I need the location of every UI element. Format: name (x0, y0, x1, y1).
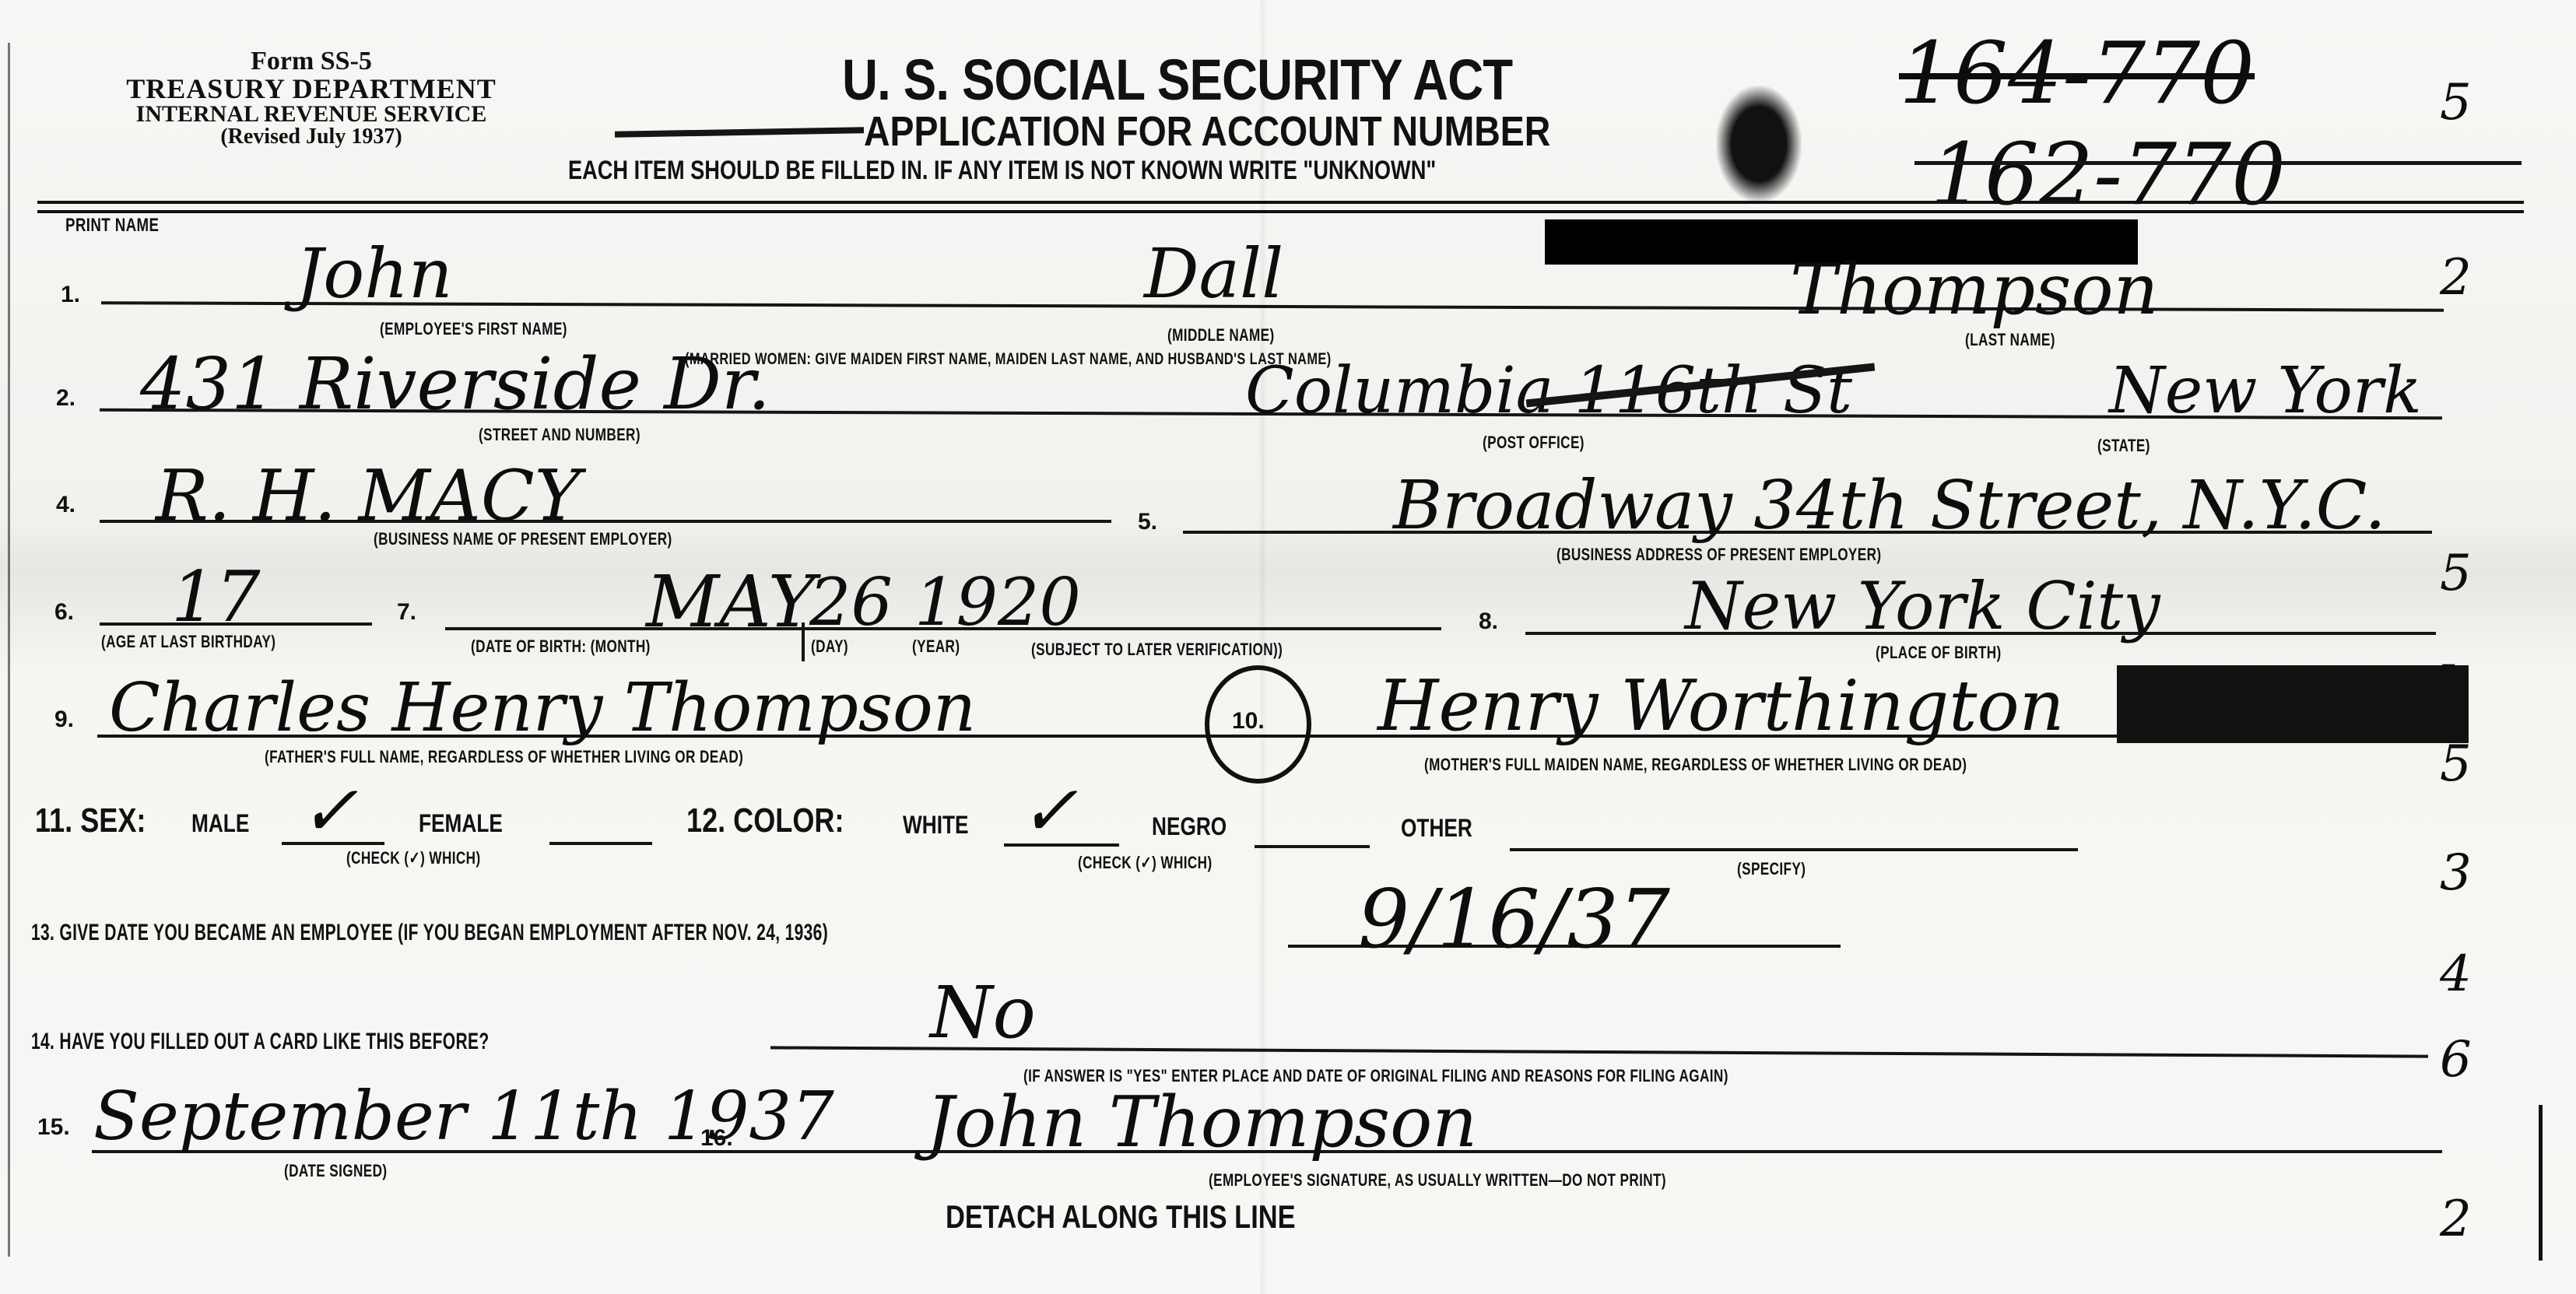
account-number-strike (1914, 161, 2522, 165)
employer-caption: (BUSINESS NAME OF PRESENT EMPLOYER) (374, 529, 672, 549)
mother-name-value[interactable]: Henry Worthington (1377, 665, 2065, 747)
mother-name-struck: Thompson (2117, 665, 2469, 743)
prior-card-value[interactable]: No (930, 971, 1036, 1054)
place-of-birth-caption: (PLACE OF BIRTH) (1876, 643, 2002, 663)
department-name: TREASURY DEPARTMENT (70, 75, 553, 103)
header-strike-line (615, 127, 864, 138)
color-label: 12. COLOR: (686, 801, 844, 840)
birth-year-value[interactable]: 1920 (914, 564, 1081, 640)
employment-date-value[interactable]: 9/16/37 (1358, 871, 1670, 966)
first-name-value[interactable]: John (296, 233, 453, 314)
margin-digit-6: 3 (2440, 844, 2472, 902)
item8-number: 8. (1479, 608, 1498, 635)
birth-verification-caption: (SUBJECT TO LATER VERIFICATION)) (1031, 640, 1283, 660)
signature-caption: (EMPLOYEE'S SIGNATURE, AS USUALLY WRITTE… (1209, 1170, 1666, 1191)
state-caption: (STATE) (2097, 436, 2150, 456)
color-white-checkmark[interactable]: ✓ (1020, 770, 1078, 852)
employer-address-caption: (BUSINESS ADDRESS OF PRESENT EMPLOYER) (1556, 545, 1881, 565)
item4-number: 4. (56, 492, 75, 518)
print-name-label: PRINT NAME (65, 215, 159, 237)
ink-blot (1716, 86, 1802, 202)
item10-number: 10. (1232, 708, 1265, 735)
sex-check-caption: (CHECK (✓) WHICH) (346, 848, 481, 868)
account-number: 162-770 (1930, 124, 2286, 224)
color-other-line[interactable] (1510, 848, 2078, 851)
form-number: Form SS-5 (70, 48, 553, 75)
sex-female-label: FEMALE (419, 809, 503, 838)
margin-digit-5: 5 (2440, 735, 2472, 793)
item6-number: 6. (54, 599, 74, 626)
birth-month-value[interactable]: MAY (646, 560, 816, 643)
married-women-note: (MARRIED WOMEN: GIVE MAIDEN FIRST NAME, … (685, 350, 1332, 369)
ss5-form-page: Form SS-5 TREASURY DEPARTMENT INTERNAL R… (0, 0, 2576, 1294)
post-office-caption: (POST OFFICE) (1483, 433, 1585, 453)
employment-date-label: 13. GIVE DATE YOU BECAME AN EMPLOYEE (IF… (31, 920, 828, 946)
item16-number: 16. (700, 1125, 733, 1152)
item15-number: 15. (37, 1114, 70, 1141)
color-check-caption: (CHECK (✓) WHICH) (1078, 853, 1213, 873)
item9-number: 9. (54, 707, 74, 733)
service-name: INTERNAL REVENUE SERVICE (70, 103, 553, 126)
employer-address-value[interactable]: Broadway 34th Street, N.Y.C. (1393, 467, 2386, 545)
form-title: U. S. SOCIAL SECURITY ACT (842, 47, 1512, 113)
form-identification: Form SS-5 TREASURY DEPARTMENT INTERNAL R… (70, 48, 553, 148)
item1-number: 1. (61, 282, 80, 308)
last-name-caption: (LAST NAME) (1965, 330, 2055, 350)
color-negro-label: NEGRO (1152, 812, 1227, 841)
margin-digit-2: 2 (2440, 249, 2472, 307)
page-left-edge (8, 43, 10, 1257)
header-rule-top (37, 201, 2524, 204)
mother-name-caption: (MOTHER'S FULL MAIDEN NAME, REGARDLESS O… (1424, 755, 1967, 775)
item5-number: 5. (1138, 509, 1157, 535)
margin-digit-9: 2 (2440, 1191, 2472, 1248)
color-other-label: OTHER (1401, 814, 1472, 843)
color-negro-line[interactable] (1255, 845, 1370, 848)
prior-card-label: 14. HAVE YOU FILLED OUT A CARD LIKE THIS… (31, 1029, 490, 1055)
date-signed-caption: (DATE SIGNED) (284, 1161, 388, 1181)
color-specify-caption: (SPECIFY) (1737, 859, 1806, 879)
middle-name-caption: (MIDDLE NAME) (1167, 325, 1275, 345)
first-name-caption: (EMPLOYEE'S FIRST NAME) (380, 319, 567, 339)
state-value[interactable]: New York (2109, 354, 2422, 428)
margin-digit-1: 5 (2440, 74, 2472, 132)
age-caption: (AGE AT LAST BIRTHDAY) (101, 632, 275, 652)
margin-digit-7: 4 (2440, 945, 2472, 1003)
item7-number: 7. (397, 599, 416, 626)
birth-day-value[interactable]: 26 (809, 564, 893, 640)
birth-month-caption: (DATE OF BIRTH: (MONTH) (471, 636, 651, 657)
street-caption: (STREET AND NUMBER) (479, 425, 640, 445)
margin-digit-3: 5 (2440, 545, 2472, 602)
place-of-birth-value[interactable]: New York City (1685, 568, 2160, 644)
margin-digit-4: - (2440, 634, 2457, 692)
birth-year-caption: (YEAR) (912, 636, 960, 657)
detach-instruction: DETACH ALONG THIS LINE (946, 1198, 1296, 1236)
account-number-struck: 164-770 (1899, 23, 2255, 123)
color-white-label: WHITE (903, 811, 969, 840)
item2-number: 2. (56, 385, 75, 412)
header-rule-bottom (37, 210, 2524, 213)
father-name-value[interactable]: Charles Henry Thompson (109, 669, 976, 747)
employer-value[interactable]: R. H. MACY (156, 455, 581, 537)
sex-male-checkmark[interactable]: ✓ (300, 770, 358, 852)
sex-male-label: MALE (191, 809, 249, 838)
revision-date: (Revised July 1937) (70, 126, 553, 148)
last-name-value[interactable]: Thompson (1790, 249, 2158, 331)
age-value[interactable]: 17 (171, 556, 261, 638)
form-subtitle: APPLICATION FOR ACCOUNT NUMBER (864, 107, 1550, 156)
middle-name-value[interactable]: Dall (1144, 233, 1283, 314)
margin-digit-8: 6 (2440, 1031, 2472, 1089)
post-office-value[interactable]: Columbia 116th St (1245, 354, 1852, 428)
street-value[interactable]: 431 Riverside Dr. (140, 342, 770, 426)
birth-day-caption: (DAY) (811, 636, 848, 657)
birth-date-divider (802, 622, 805, 661)
sex-female-line[interactable] (549, 842, 652, 845)
page-right-edge (2539, 1105, 2543, 1261)
signature-value[interactable]: John Thompson (926, 1082, 1477, 1163)
father-name-caption: (FATHER'S FULL NAME, REGARDLESS OF WHETH… (265, 747, 743, 767)
sex-label: 11. SEX: (35, 801, 146, 840)
form-instruction: EACH ITEM SHOULD BE FILLED IN. IF ANY IT… (568, 156, 1436, 186)
